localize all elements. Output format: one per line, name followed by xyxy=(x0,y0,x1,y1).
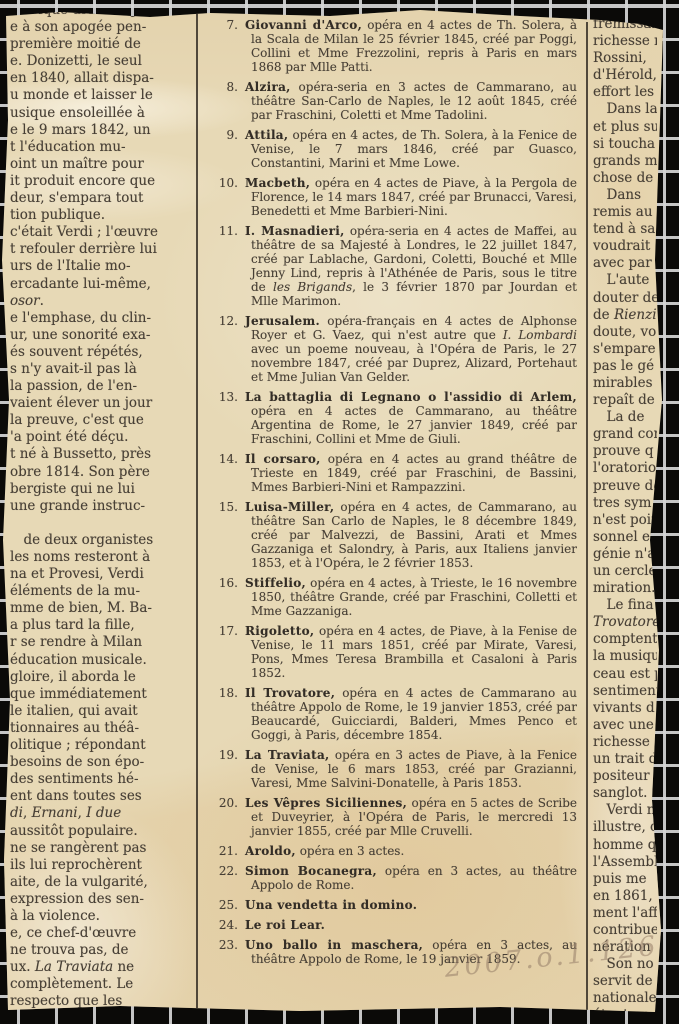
entry-number: 15. xyxy=(205,500,245,514)
opera-title: Luisa-Miller, xyxy=(245,500,334,514)
opera-entry: 11.I. Masnadieri, opéra-seria en 4 actes… xyxy=(205,224,577,308)
text-line: grand cor xyxy=(593,426,657,443)
opera-title: Aroldo, xyxy=(245,844,296,858)
newsprint-clipping: musique dramatiquee à son apogée pen-pre… xyxy=(0,0,679,1024)
text-line: t refouler derrière lui xyxy=(10,241,196,258)
opera-title: La battaglia di Legnano o l'assidio di A… xyxy=(245,390,577,404)
text-line: e, ce chef-d'œuvre xyxy=(10,925,196,942)
text-line: tion publique. xyxy=(10,207,196,224)
opera-title: Les Vêpres Siciliennes, xyxy=(245,796,407,810)
entry-number: 17. xyxy=(205,624,245,638)
text-line: it produit encore que xyxy=(10,173,196,190)
entry-number: 18. xyxy=(205,686,245,700)
entry-text: opéra en 4 actes, de Th. Solera, à la Fe… xyxy=(251,128,577,170)
text-line: servit de xyxy=(593,973,657,990)
text-line: és souvent répétés, xyxy=(10,344,196,361)
text-line: Le fina xyxy=(593,597,657,614)
text-line: aite, de la vulgarité, xyxy=(10,874,196,891)
text-line: complètement. Le xyxy=(10,976,196,993)
scanned-newspaper-photo: musique dramatiquee à son apogée pen-pre… xyxy=(0,0,679,1024)
text-line: douter de xyxy=(593,290,657,307)
text-line: olitique ; répondant xyxy=(10,737,196,754)
text-line: effort les xyxy=(593,84,657,101)
text-line: positeur xyxy=(593,768,657,785)
text-line: remis au xyxy=(593,204,657,221)
text-line: ercadante lui-même, xyxy=(10,276,196,293)
entry-number: 12. xyxy=(205,314,245,328)
text-line: preuve de xyxy=(593,478,657,495)
text-line: osor. xyxy=(10,293,196,310)
entry-text: opéra-seria en 3 actes de Cammarano, au … xyxy=(251,80,577,122)
text-line: mirables xyxy=(593,375,657,392)
text-line: génie n'a xyxy=(593,546,657,563)
text-line: miration. xyxy=(593,580,657,597)
text-line: gloire, il aborda le xyxy=(10,669,196,686)
text-line: en 1840, allait dispa- xyxy=(10,70,196,87)
text-line: s n'y avait-il pas là xyxy=(10,361,196,378)
text-line: doute, vo xyxy=(593,324,657,341)
entry-number: 9. xyxy=(205,128,245,142)
text-line: ne se rangèrent pas xyxy=(10,840,196,857)
opera-title: Stiffelio, xyxy=(245,576,306,590)
text-line: ment l'aff xyxy=(593,905,657,922)
text-line: comptent xyxy=(593,631,657,648)
entry-number: 19. xyxy=(205,748,245,762)
text-line: richesse r xyxy=(593,33,657,50)
entry-number: 13. xyxy=(205,390,245,404)
opera-title: Giovanni d'Arco, xyxy=(245,18,362,32)
entry-number: 20. xyxy=(205,796,245,810)
text-line: Dans xyxy=(593,187,657,204)
text-line: à la violence. xyxy=(10,908,196,925)
text-line: Dans la xyxy=(593,101,657,118)
text-line: richesse xyxy=(593,734,657,751)
text-line: e. Donizetti, le seul xyxy=(10,53,196,70)
entry-number: 14. xyxy=(205,452,245,466)
text-line: la musiqu xyxy=(593,648,657,665)
text-line: pas le gé xyxy=(593,358,657,375)
text-line: tres sym xyxy=(593,495,657,512)
text-line: éléments de la mu- xyxy=(10,583,196,600)
text-line: urs de l'Italie mo- xyxy=(10,258,196,275)
text-line: et plus su xyxy=(593,119,657,136)
text-line: repaît de xyxy=(593,392,657,409)
text-line: aussitôt populaire. xyxy=(10,823,196,840)
opera-title: Simon Bocanegra, xyxy=(245,864,377,878)
entry-number: 7. xyxy=(205,18,245,32)
text-line: chose de xyxy=(593,170,657,187)
opera-title: Rigoletto, xyxy=(245,624,314,638)
text-line: la preuve, c'est que xyxy=(10,412,196,429)
text-line: avec par xyxy=(593,255,657,272)
opera-entry: 12.Jerusalem. opéra-français en 4 actes … xyxy=(205,314,577,384)
text-line xyxy=(10,515,196,532)
opera-entry: 22.Simon Bocanegra, opéra en 3 actes, au… xyxy=(205,864,577,892)
opera-entry: 16.Stiffelio, opéra en 4 actes, à Triest… xyxy=(205,576,577,618)
text-line: Verdi n xyxy=(593,802,657,819)
text-line: s'empare xyxy=(593,341,657,358)
text-line: nationale xyxy=(593,990,657,1007)
entry-number: 11. xyxy=(205,224,245,238)
text-line: Trovatore xyxy=(593,614,657,631)
opera-entry: 7.Giovanni d'Arco, opéra en 4 actes de T… xyxy=(205,18,577,74)
opera-entry: 18.Il Trovatore, opéra en 4 actes de Cam… xyxy=(205,686,577,742)
text-line: sentiment xyxy=(593,683,657,700)
entry-number: 8. xyxy=(205,80,245,94)
text-line: les noms resteront à xyxy=(10,549,196,566)
text-line: une grande instruc- xyxy=(10,498,196,515)
opera-entry: 20.Les Vêpres Siciliennes, opéra en 5 ac… xyxy=(205,796,577,838)
text-line: u monde et laisser le xyxy=(10,87,196,104)
text-line: ux. La Traviata ne xyxy=(10,959,196,976)
text-line: première moitié de xyxy=(10,36,196,53)
entry-number: 21. xyxy=(205,844,245,858)
text-line: r se rendre à Milan xyxy=(10,634,196,651)
text-line: usique ensoleillée à xyxy=(10,105,196,122)
text-line: ent dans toutes ses xyxy=(10,788,196,805)
opera-title: Jerusalem. xyxy=(245,314,320,328)
entry-number: 24. xyxy=(205,918,245,932)
column-rule xyxy=(196,12,198,1008)
entry-number: 25. xyxy=(205,898,245,912)
text-line: e l'emphase, du clin- xyxy=(10,310,196,327)
text-line: bergiste qui ne lui xyxy=(10,481,196,498)
text-line: un trait d xyxy=(593,751,657,768)
text-line: l'Assembl xyxy=(593,854,657,871)
text-line: c'était Verdi ; l'œuvre xyxy=(10,224,196,241)
text-line: oint un maître pour xyxy=(10,156,196,173)
text-line: des sentiments hé- xyxy=(10,771,196,788)
left-column: musique dramatiquee à son apogée pen-pre… xyxy=(10,2,196,1022)
opera-title: Il Trovatore, xyxy=(245,686,335,700)
entry-number: 23. xyxy=(205,938,245,952)
opera-title: Il corsaro, xyxy=(245,452,321,466)
opera-entry: 24.Le roi Lear. xyxy=(205,918,577,932)
text-line: un cercle xyxy=(593,563,657,580)
entry-text: opéra en 4 actes de Cammarano, au théâtr… xyxy=(251,404,577,446)
opera-title: Una vendetta in domino. xyxy=(245,898,417,912)
text-line: grands m xyxy=(593,153,657,170)
column-rule xyxy=(586,22,588,1010)
right-column: frémissanrichesse rRossini,d'Hérold,effo… xyxy=(593,16,657,1020)
text-line: prouve q xyxy=(593,443,657,460)
text-line: na et Provesi, Verdi xyxy=(10,566,196,583)
entry-number: 10. xyxy=(205,176,245,190)
text-line: ur, une sonorité exa- xyxy=(10,327,196,344)
text-line: vivants d xyxy=(593,700,657,717)
opera-title: Le roi Lear. xyxy=(245,918,325,932)
text-line: besoins de son épo- xyxy=(10,754,196,771)
opera-entry: 21.Aroldo, opéra en 3 actes. xyxy=(205,844,577,858)
opera-entry: 19.La Traviata, opéra en 3 actes de Piav… xyxy=(205,748,577,790)
text-line: ne trouva pas, de xyxy=(10,942,196,959)
text-line: en 1861, xyxy=(593,888,657,905)
text-line: de deux organistes xyxy=(10,532,196,549)
opera-title: Attila, xyxy=(245,128,288,142)
text-line: sonnel et xyxy=(593,529,657,546)
entry-number: 22. xyxy=(205,864,245,878)
opera-entry: 13.La battaglia di Legnano o l'assidio d… xyxy=(205,390,577,446)
text-line: avec une xyxy=(593,717,657,734)
opera-list-column: 7.Giovanni d'Arco, opéra en 4 actes de T… xyxy=(205,18,577,1018)
text-line: la passion, de l'en- xyxy=(10,378,196,395)
text-line: tionnaires au théâ- xyxy=(10,720,196,737)
text-line: l'oratorio xyxy=(593,460,657,477)
opera-entry: 10.Macbeth, opéra en 4 actes de Piave, à… xyxy=(205,176,577,218)
opera-entry: 17.Rigoletto, opéra en 4 actes, de Piave… xyxy=(205,624,577,680)
opera-entry: 25.Una vendetta in domino. xyxy=(205,898,577,912)
text-line: voudrait xyxy=(593,238,657,255)
text-line: homme q xyxy=(593,837,657,854)
entry-number: 16. xyxy=(205,576,245,590)
opera-title: I. Masnadieri, xyxy=(245,224,345,238)
text-line: L'aute xyxy=(593,272,657,289)
opera-entry: 14.Il corsaro, opéra en 4 actes au grand… xyxy=(205,452,577,494)
text-line: di, Ernani, I due xyxy=(10,805,196,822)
text-line: t né à Bussetto, près xyxy=(10,446,196,463)
text-line: deur, s'empara tout xyxy=(10,190,196,207)
text-line: t l'éducation mu- xyxy=(10,139,196,156)
text-line: e le 9 mars 1842, un xyxy=(10,122,196,139)
text-line: éducation musicale. xyxy=(10,652,196,669)
text-line: vaient élever un jour xyxy=(10,395,196,412)
text-line: n'est poin xyxy=(593,512,657,529)
text-line: e à son apogée pen- xyxy=(10,19,196,36)
text-line: tend à sa xyxy=(593,221,657,238)
text-line: La de xyxy=(593,409,657,426)
opera-title: Uno ballo in maschera, xyxy=(245,938,423,952)
text-line: ils lui reprochèrent xyxy=(10,857,196,874)
opera-title: Macbeth, xyxy=(245,176,310,190)
text-line: puis me xyxy=(593,871,657,888)
opera-title: La Traviata, xyxy=(245,748,330,762)
text-line: 'a point été déçu. xyxy=(10,429,196,446)
text-line: illustre, c xyxy=(593,819,657,836)
entry-text: opéra en 3 actes. xyxy=(300,844,405,858)
text-line: sanglot. xyxy=(593,785,657,802)
text-line: expression des sen- xyxy=(10,891,196,908)
opera-title: Alzira, xyxy=(245,80,291,94)
text-line: le italien, qui avait xyxy=(10,703,196,720)
text-line: de Rienzi xyxy=(593,307,657,324)
text-line: Rossini, xyxy=(593,50,657,67)
text-line: que immédiatement xyxy=(10,686,196,703)
text-line: d'Hérold, xyxy=(593,67,657,84)
opera-entry: 15.Luisa-Miller, opéra en 4 actes, de Ca… xyxy=(205,500,577,570)
opera-entry: 8.Alzira, opéra-seria en 3 actes de Camm… xyxy=(205,80,577,122)
text-line: mme de bien, M. Ba- xyxy=(10,600,196,617)
opera-entry: 9.Attila, opéra en 4 actes, de Th. Soler… xyxy=(205,128,577,170)
text-line: obre 1814. Son père xyxy=(10,464,196,481)
text-line: a plus tard la fille, xyxy=(10,617,196,634)
text-line: ceau est p xyxy=(593,666,657,683)
text-line: si toucha xyxy=(593,136,657,153)
